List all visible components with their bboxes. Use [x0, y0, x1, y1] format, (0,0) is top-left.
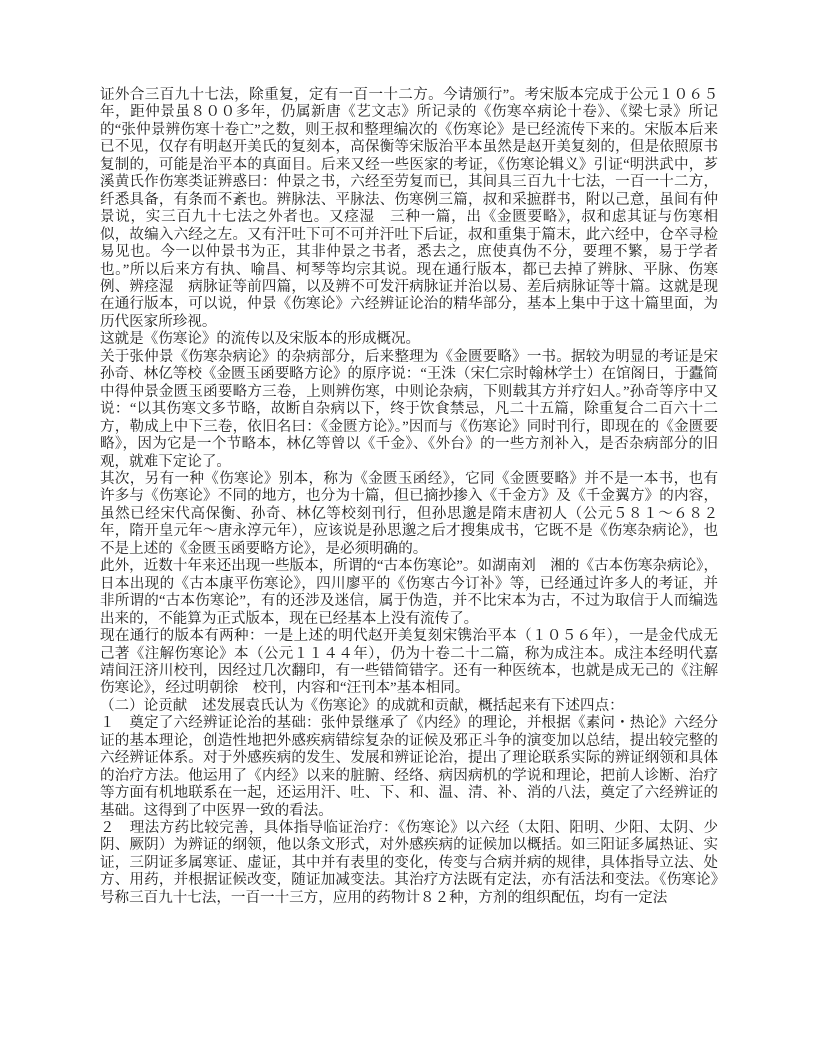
paragraph-current-editions: 现在通行的版本有两种：一是上述的明代赵开美复刻宋镌治平本（１０５６年），一是金代… — [100, 628, 718, 698]
paragraph-jingui-yuhan-jing: 其次，另有一种《伤寒论》别本，称为《金匮玉函经》，它同《金匮要略》并不是一本书，… — [100, 471, 718, 558]
paragraph-point-1-six-meridians: １ 奠定了六经辨证论治的基础：张仲景继承了《内经》的理论，并根据《素问・热论》六… — [100, 715, 718, 820]
paragraph-section-heading-contributions: （二）论贡献 述发展袁氏认为《伤寒论》的成就和贡献，概括起来有下述四点： — [100, 698, 718, 715]
document-page: 证外合三百九十七法，除重复，定有一百一十二方。今请颁行”。考宋版本完成于公元１０… — [0, 0, 816, 1056]
paragraph-point-2-methods-formulas: ２ 理法方药比较完善，具体指导临证治疗：《伤寒论》以六经（太阳、阳明、少阳、太阴… — [100, 820, 718, 907]
paragraph-transmission-summary: 这就是《伤寒论》的流传以及宋版本的形成概况。 — [100, 331, 718, 348]
paragraph-jingui-yaolue: 关于张仲景《伤寒杂病论》的杂病部分，后来整理为《金匮要略》一书。据较为明显的考证… — [100, 349, 718, 471]
document-text-block: 证外合三百九十七法，除重复，定有一百一十二方。今请颁行”。考宋版本完成于公元１０… — [100, 87, 718, 907]
paragraph-versions-overview: 证外合三百九十七法，除重复，定有一百一十二方。今请颁行”。考宋版本完成于公元１０… — [100, 87, 718, 331]
paragraph-ancient-editions: 此外，近数十年来还出现一些版本，所谓的“古本伤寒论”。如湖南刘 湘的《古本伤寒杂… — [100, 558, 718, 628]
